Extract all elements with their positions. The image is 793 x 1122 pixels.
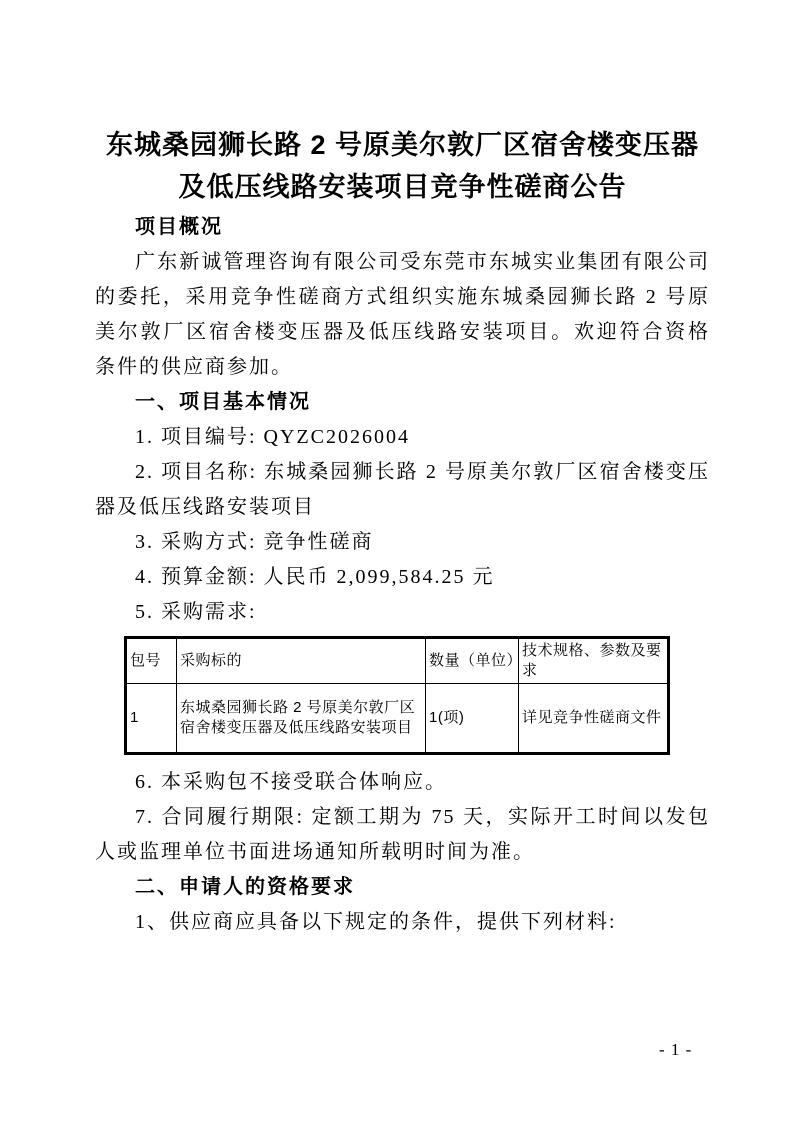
document-content: 东城桑园狮长路 2 号原美尔敦厂区宿舍楼变压器及低压线路安装项目竞争性磋商公告 … <box>0 0 793 940</box>
table-cell-package-no: 1 <box>126 684 177 754</box>
table-header-package-no: 包号 <box>126 638 177 684</box>
list-item-supplier-conditions: 1、供应商应具备以下规定的条件，提供下列材料: <box>95 905 710 940</box>
list-item-contract-period: 7. 合同履行期限: 定额工期为 75 天，实际开工时间以发包人或监理单位书面进… <box>95 800 710 870</box>
table-header-quantity: 数量（单位） <box>426 638 519 684</box>
table-cell-quantity: 1(项) <box>426 684 519 754</box>
section2-heading: 二、申请人的资格要求 <box>95 870 710 905</box>
document-title: 东城桑园狮长路 2 号原美尔敦厂区宿舍楼变压器及低压线路安装项目竞争性磋商公告 <box>95 124 710 208</box>
list-item-project-name: 2. 项目名称: 东城桑园狮长路 2 号原美尔敦厂区宿舍楼变压器及低压线路安装项… <box>95 455 710 525</box>
list-item-budget-amount: 4. 预算金额: 人民币 2,099,584.25 元 <box>95 560 710 595</box>
intro-paragraph: 广东新诚管理咨询有限公司受东莞市东城实业集团有限公司的委托，采用竞争性磋商方式组… <box>95 245 710 385</box>
overview-heading: 项目概况 <box>95 210 710 245</box>
table-header-row: 包号 采购标的 数量（单位） 技术规格、参数及要求 <box>126 638 669 684</box>
table-row: 1 东城桑园狮长路 2 号原美尔敦厂区宿舍楼变压器及低压线路安装项目 1(项) … <box>126 684 669 754</box>
list-item-project-number: 1. 项目编号: QYZC2026004 <box>95 420 710 455</box>
table-header-subject: 采购标的 <box>177 638 426 684</box>
table-header-spec: 技术规格、参数及要求 <box>519 638 669 684</box>
list-item-procurement-method: 3. 采购方式: 竞争性磋商 <box>95 525 710 560</box>
list-item-no-consortium: 6. 本采购包不接受联合体响应。 <box>95 765 710 800</box>
table-cell-spec: 详见竞争性磋商文件 <box>519 684 669 754</box>
procurement-table: 包号 采购标的 数量（单位） 技术规格、参数及要求 1 东城桑园狮长路 2 号原… <box>124 636 670 755</box>
table-cell-subject: 东城桑园狮长路 2 号原美尔敦厂区宿舍楼变压器及低压线路安装项目 <box>177 684 426 754</box>
document-page: 东城桑园狮长路 2 号原美尔敦厂区宿舍楼变压器及低压线路安装项目竞争性磋商公告 … <box>0 0 793 1122</box>
page-number: - 1 - <box>659 1040 692 1060</box>
list-item-procurement-demand: 5. 采购需求: <box>95 595 710 630</box>
section1-heading: 一、项目基本情况 <box>95 385 710 420</box>
